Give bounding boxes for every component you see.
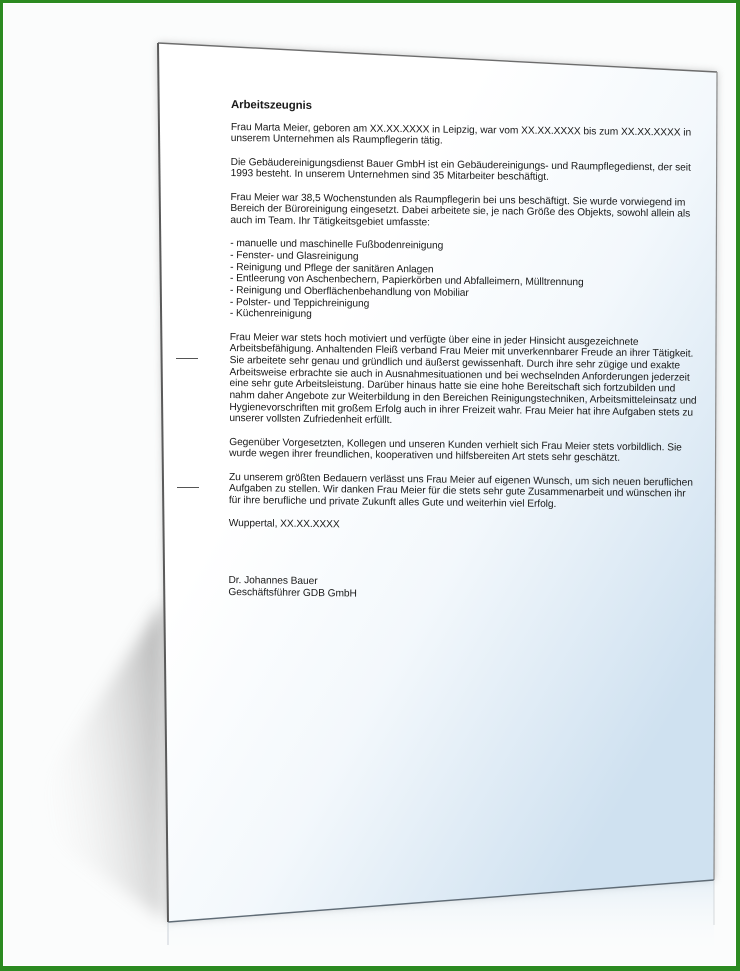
paragraph-company: Die Gebäudereinigungsdienst Bauer GmbH i… bbox=[231, 157, 701, 186]
task-list: - manuelle und maschinelle Fußbodenreini… bbox=[230, 238, 700, 326]
paragraph-conduct: Gegenüber Vorgesetzten, Kollegen und uns… bbox=[229, 437, 699, 466]
paragraph-position: Frau Meier war 38,5 Wochenstunden als Ra… bbox=[230, 192, 700, 233]
document-title: Arbeitszeugnis bbox=[231, 100, 701, 117]
place-date: Wuppertal, XX.XX.XXXX bbox=[229, 518, 699, 535]
watermark bbox=[13, 946, 14, 952]
paragraph-closing: Zu unserem größten Bedauern verlässt uns… bbox=[229, 472, 699, 513]
document-body: Arbeitszeugnis Frau Marta Meier, geboren… bbox=[228, 100, 701, 605]
fold-mark bbox=[176, 358, 198, 359]
punch-mark bbox=[177, 487, 199, 488]
paragraph-intro: Frau Marta Meier, geboren am XX.XX.XXXX … bbox=[231, 122, 701, 151]
paragraph-performance: Frau Meier war stets hoch motiviert und … bbox=[229, 332, 699, 431]
